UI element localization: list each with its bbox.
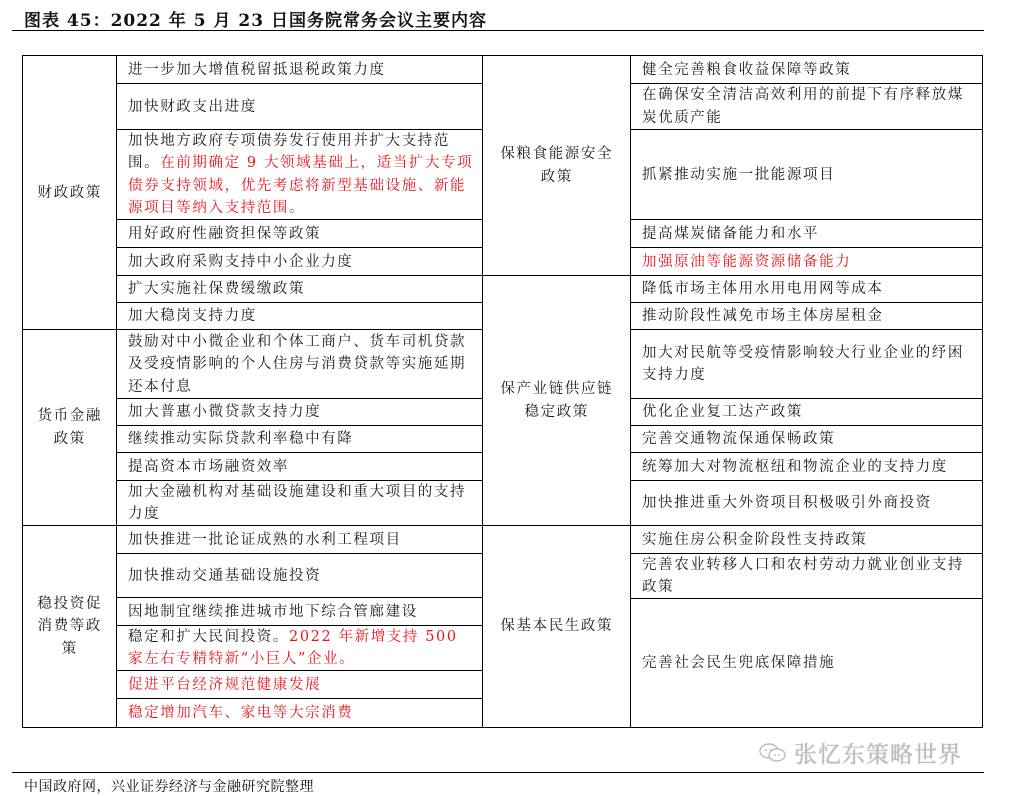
policy-item: 降低市场主体用水用电用网等成本 bbox=[630, 275, 983, 304]
policy-text: 完善交通物流保通保畅政策 bbox=[642, 431, 835, 447]
category-cell: 保产业链供应链稳定政策 bbox=[482, 275, 632, 527]
category-cell: 稳投资促消费等政策 bbox=[22, 525, 118, 728]
policy-item: 统筹加大对物流枢纽和物流企业的支持力度 bbox=[630, 452, 983, 482]
policy-text: 加大金融机构对基础设施建设和重大项目的支持力度 bbox=[128, 484, 466, 523]
category-cell: 保基本民生政策 bbox=[482, 525, 632, 728]
policy-item: 加大金融机构对基础设施建设和重大项目的支持力度 bbox=[116, 480, 484, 527]
policy-text: 加大政府采购支持中小企业力度 bbox=[128, 254, 353, 270]
policy-text: 继续推动实际贷款利率稳中有降 bbox=[128, 431, 353, 447]
policy-item: 加快地方政府专项债券发行使用并扩大支持范围。在前期确定 9 大领域基础上，适当扩… bbox=[116, 129, 484, 221]
policy-text: 加快推进一批论证成熟的水利工程项目 bbox=[128, 532, 402, 548]
policy-text: 用好政府性融资担保等政策 bbox=[128, 226, 321, 242]
policy-highlight-text: 稳定增加汽车、家电等大宗消费 bbox=[128, 705, 353, 721]
policy-item: 健全完善粮食收益保障等政策 bbox=[630, 55, 983, 85]
policy-text: 加大对民航等受疫情影响较大行业企业的纾困支持力度 bbox=[642, 345, 964, 384]
policy-text: 降低市场主体用水用电用网等成本 bbox=[642, 281, 884, 297]
category-cell: 货币金融政策 bbox=[22, 329, 118, 527]
policy-text: 在确保安全清洁高效利用的前提下有序释放煤炭优质产能 bbox=[642, 87, 964, 126]
category-cell: 财政政策 bbox=[22, 55, 118, 331]
policy-item: 扩大实施社保费缓缴政策 bbox=[116, 275, 484, 304]
watermark-text: 张忆东策略世界 bbox=[794, 736, 962, 769]
policy-item: 加大对民航等受疫情影响较大行业企业的纾困支持力度 bbox=[630, 329, 983, 400]
policy-text: 扩大实施社保费缓缴政策 bbox=[128, 281, 305, 297]
source-divider bbox=[12, 772, 984, 773]
policy-item: 抓紧推动实施一批能源项目 bbox=[630, 129, 983, 221]
policy-text: 完善社会民生兜底保障措施 bbox=[642, 655, 835, 671]
policy-text: 推动阶段性减免市场主体房屋租金 bbox=[642, 308, 884, 324]
policy-item: 加强原油等能源资源储备能力 bbox=[630, 247, 983, 277]
policy-highlight-text: 加强原油等能源资源储备能力 bbox=[642, 254, 851, 270]
policy-item: 完善社会民生兜底保障措施 bbox=[630, 598, 983, 728]
policy-text: 提高资本市场融资效率 bbox=[128, 459, 289, 475]
title-divider bbox=[12, 30, 984, 31]
policy-item: 优化企业复工达产政策 bbox=[630, 398, 983, 427]
policy-item: 继续推动实际贷款利率稳中有降 bbox=[116, 425, 484, 454]
policy-item: 提高资本市场融资效率 bbox=[116, 452, 484, 482]
policy-text: 抓紧推动实施一批能源项目 bbox=[642, 167, 835, 183]
policy-text: 加大稳岗支持力度 bbox=[128, 308, 257, 324]
policy-text: 加快财政支出进度 bbox=[128, 99, 257, 115]
policy-item: 进一步加大增值税留抵退税政策力度 bbox=[116, 55, 484, 85]
figure-title: 图表 45：2022 年 5 月 23 日国务院常务会议主要内容 bbox=[24, 6, 487, 31]
policy-highlight-text: 促进平台经济规范健康发展 bbox=[128, 677, 321, 693]
policy-item: 完善农业转移人口和农村劳动力就业创业支持政策 bbox=[630, 553, 983, 600]
policy-text: 加快推进重大外资项目积极吸引外商投资 bbox=[642, 495, 932, 511]
policy-item: 促进平台经济规范健康发展 bbox=[116, 670, 484, 700]
policy-item: 在确保安全清洁高效利用的前提下有序释放煤炭优质产能 bbox=[630, 83, 983, 131]
policy-item: 提高煤炭储备能力和水平 bbox=[630, 219, 983, 249]
policy-item: 加快推进重大外资项目积极吸引外商投资 bbox=[630, 480, 983, 527]
policy-item: 推动阶段性减免市场主体房屋租金 bbox=[630, 302, 983, 331]
policy-text: 稳定和扩大民间投资。 bbox=[128, 629, 289, 645]
policy-item: 加快财政支出进度 bbox=[116, 83, 484, 131]
policy-item: 鼓励对中小微企业和个体工商户、货车司机贷款及受疫情影响的个人住房与消费贷款等实施… bbox=[116, 329, 484, 400]
category-cell: 保粮食能源安全政策 bbox=[482, 55, 632, 277]
source-note: 中国政府网，兴业证券经济与金融研究院整理 bbox=[24, 776, 314, 796]
policy-item: 用好政府性融资担保等政策 bbox=[116, 219, 484, 249]
policy-item: 加快推进一批论证成熟的水利工程项目 bbox=[116, 525, 484, 555]
policy-highlight-text: 在前期确定 9 大领域基础上，适当扩大专项债券支持领域，优先考虑将新型基础设施、… bbox=[128, 155, 473, 216]
policy-text: 加快推动交通基础设施投资 bbox=[128, 568, 321, 584]
policy-item: 实施住房公积金阶段性支持政策 bbox=[630, 525, 983, 555]
policy-text: 优化企业复工达产政策 bbox=[642, 404, 803, 420]
policy-item: 加大政府采购支持中小企业力度 bbox=[116, 247, 484, 277]
policy-text: 完善农业转移人口和农村劳动力就业创业支持政策 bbox=[642, 557, 964, 596]
policy-item: 稳定和扩大民间投资。2022 年新增支持 500 家左右专精特新“小巨人”企业。 bbox=[116, 625, 484, 672]
policy-text: 实施住房公积金阶段性支持政策 bbox=[642, 532, 867, 548]
policy-text: 统筹加大对物流枢纽和物流企业的支持力度 bbox=[642, 459, 948, 475]
policy-item: 加大普惠小微贷款支持力度 bbox=[116, 398, 484, 427]
policy-item: 稳定增加汽车、家电等大宗消费 bbox=[116, 698, 484, 728]
policy-item: 完善交通物流保通保畅政策 bbox=[630, 425, 983, 454]
policy-text: 鼓励对中小微企业和个体工商户、货车司机贷款及受疫情影响的个人住房与消费贷款等实施… bbox=[128, 334, 466, 395]
policy-item: 加大稳岗支持力度 bbox=[116, 302, 484, 331]
policy-text: 进一步加大增值税留抵退税政策力度 bbox=[128, 62, 386, 78]
policy-item: 加快推动交通基础设施投资 bbox=[116, 553, 484, 599]
wechat-icon bbox=[758, 742, 788, 764]
policy-text: 因地制宜继续推进城市地下综合管廊建设 bbox=[128, 604, 418, 620]
policy-text: 提高煤炭储备能力和水平 bbox=[642, 226, 819, 242]
watermark: 张忆东策略世界 bbox=[758, 736, 962, 769]
policy-item: 因地制宜继续推进城市地下综合管廊建设 bbox=[116, 597, 484, 627]
policy-text: 加大普惠小微贷款支持力度 bbox=[128, 404, 321, 420]
policy-text: 健全完善粮食收益保障等政策 bbox=[642, 62, 851, 78]
